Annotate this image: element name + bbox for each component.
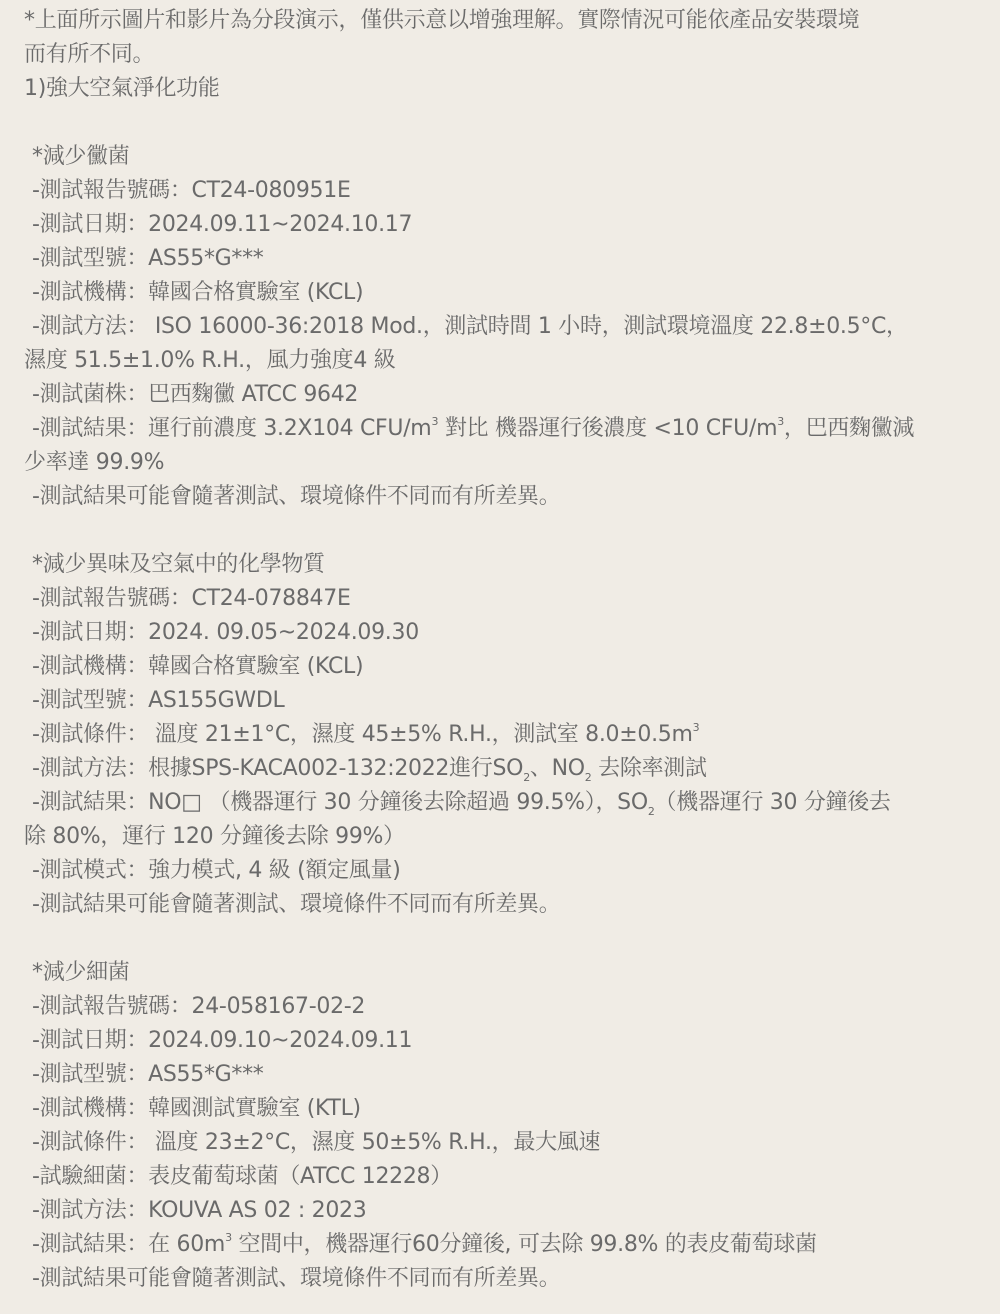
odor-note: -測試結果可能會隨著測試、環境條件不同而有所差異。 [32, 888, 560, 922]
superscript-3: 3 [777, 415, 784, 428]
bacteria-result-part-a: -測試結果：在 60m [32, 1232, 225, 1257]
odor-conditions: -測試條件： 溫度 21±1°C，濕度 45±5% R.H.，測試室 8.0±0… [32, 718, 699, 752]
subscript-2: 2 [523, 771, 530, 784]
bacteria-agency: -測試機構：韓國測試實驗室 (KTL) [32, 1092, 361, 1126]
mold-result-part-a: -測試結果：運行前濃度 3.2X104 CFU/m [32, 416, 431, 441]
odor-result-part-a: -測試結果：NO□ （機器運行 30 分鐘後去除超過 99.5%），SO [32, 790, 648, 815]
odor-report-no: -測試報告號碼：CT24-078847E [32, 582, 351, 616]
odor-method-part-c: 去除率測試 [591, 756, 706, 781]
mold-strain: -測試菌株：巴西麴黴 ATCC 9642 [32, 378, 358, 412]
disclaimer-line-2: 而有所不同。 [24, 38, 154, 72]
odor-method-part-b: 、NO [530, 756, 585, 781]
mold-report-no: -測試報告號碼：CT24-080951E [32, 174, 351, 208]
superscript-3: 3 [225, 1231, 232, 1244]
section-title: 1)強大空氣淨化功能 [24, 72, 220, 106]
mold-agency: -測試機構：韓國合格實驗室 (KCL) [32, 276, 363, 310]
odor-result-line-1: -測試結果：NO□ （機器運行 30 分鐘後去除超過 99.5%），SO2（機器… [32, 786, 891, 820]
mold-result-line-2: 少率達 99.9% [24, 446, 164, 480]
document-body: *上面所示圖片和影片為分段演示，僅供示意以增強理解。實際情況可能依產品安裝環境 … [0, 0, 1000, 4]
mold-result-line-1: -測試結果：運行前濃度 3.2X104 CFU/m3 對比 機器運行後濃度 <1… [32, 412, 914, 446]
bacteria-conditions: -測試條件： 溫度 23±2°C，濕度 50±5% R.H.，最大風速 [32, 1126, 600, 1160]
odor-conditions-text: -測試條件： 溫度 21±1°C，濕度 45±5% R.H.，測試室 8.0±0… [32, 722, 693, 747]
mold-model: -測試型號：AS55*G*** [32, 242, 264, 276]
bacteria-result: -測試結果：在 60m3 空間中，機器運行60分鐘後, 可去除 99.8% 的表… [32, 1228, 817, 1262]
odor-model: -測試型號：AS155GWDL [32, 684, 284, 718]
mold-method-line-2: 濕度 51.5±1.0% R.H.，風力強度4 級 [24, 344, 395, 378]
mold-method-line-1: -測試方法： ISO 16000-36:2018 Mod.，測試時間 1 小時，… [32, 310, 908, 344]
odor-date: -測試日期：2024. 09.05~2024.09.30 [32, 616, 419, 650]
bacteria-strain: -試驗細菌：表皮葡萄球菌（ATCC 12228） [32, 1160, 452, 1194]
odor-agency: -測試機構：韓國合格實驗室 (KCL) [32, 650, 363, 684]
superscript-3: 3 [693, 721, 700, 734]
bacteria-model: -測試型號：AS55*G*** [32, 1058, 264, 1092]
bacteria-heading: *減少細菌 [32, 956, 130, 990]
mold-heading: *減少黴菌 [32, 140, 130, 174]
odor-heading: *減少異味及空氣中的化學物質 [32, 548, 325, 582]
subscript-2: 2 [648, 805, 655, 818]
odor-mode: -測試模式：強力模式, 4 級 (額定風量) [32, 854, 400, 888]
odor-method-part-a: -測試方法：根據SPS-KACA002-132:2022進行SO [32, 756, 523, 781]
odor-result-line-2: 除 80%，運行 120 分鐘後去除 99%） [24, 820, 405, 854]
mold-date: -測試日期：2024.09.11~2024.10.17 [32, 208, 412, 242]
bacteria-method: -測試方法：KOUVA AS 02 : 2023 [32, 1194, 366, 1228]
mold-note: -測試結果可能會隨著測試、環境條件不同而有所差異。 [32, 480, 560, 514]
bacteria-result-part-b: 空間中，機器運行60分鐘後, 可去除 99.8% 的表皮葡萄球菌 [232, 1232, 817, 1257]
disclaimer-line-1: *上面所示圖片和影片為分段演示，僅供示意以增強理解。實際情況可能依產品安裝環境 [24, 4, 859, 38]
bacteria-report-no: -測試報告號碼：24-058167-02-2 [32, 990, 365, 1024]
bacteria-date: -測試日期：2024.09.10~2024.09.11 [32, 1024, 412, 1058]
mold-result-part-b: 對比 機器運行後濃度 <10 CFU/m [438, 416, 777, 441]
odor-method: -測試方法：根據SPS-KACA002-132:2022進行SO2、NO2 去除… [32, 752, 707, 786]
bacteria-note: -測試結果可能會隨著測試、環境條件不同而有所差異。 [32, 1262, 560, 1296]
odor-result-part-b: （機器運行 30 分鐘後去 [655, 790, 891, 815]
mold-result-part-c: ，巴西麴黴減 [784, 416, 914, 441]
